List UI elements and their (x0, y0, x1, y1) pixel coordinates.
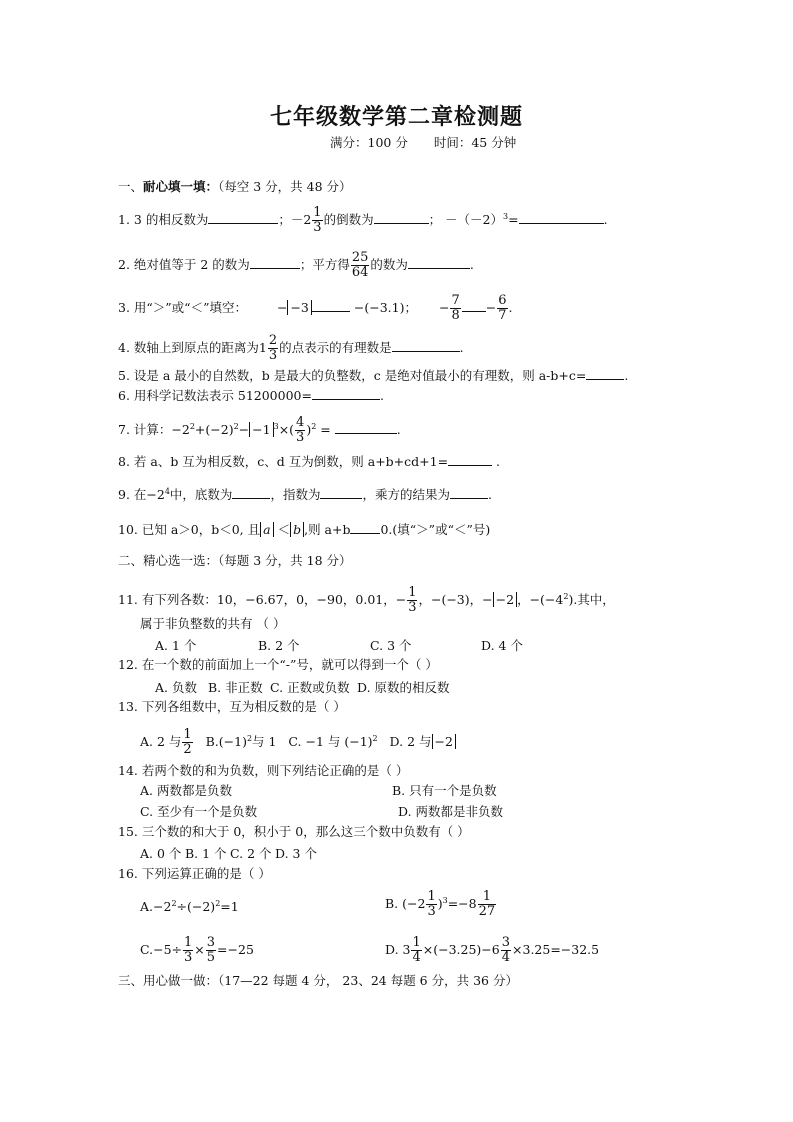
full-score: 满分：100 分 (330, 135, 408, 150)
option[interactable]: D. 原数的相反数 (357, 679, 450, 697)
option[interactable]: C. 至少有一个是负数 (140, 803, 257, 821)
option[interactable]: A.−22÷(−2)2=1 (140, 895, 239, 916)
option[interactable]: D. 2 与−2 (390, 734, 456, 749)
question-16: 16. 下列运算正确的是（ ） (118, 865, 271, 883)
question-13-options: A. 2 与12 B.(−1)2与 1 C. −1 与 (−1)2 D. 2 与… (140, 728, 456, 757)
option[interactable]: D. 314×(−3.25)−634×3.25=−32.5 (385, 936, 599, 965)
answer-blank[interactable] (586, 366, 624, 380)
answer-blank[interactable] (462, 298, 486, 312)
question-5: 5. 设是 a 最小的自然数，b 是最大的负整数，c 是绝对值最小的有理数，则 … (118, 366, 628, 385)
question-13: 13. 下列各组数中，互为相反数的是（ ） (118, 698, 346, 716)
answer-blank[interactable] (448, 452, 492, 466)
question-12: 12. 在一个数的前面加上一个“-”号，就可以得到一个（ ） (118, 656, 438, 674)
option[interactable]: C. −1 与 (−1)2 (288, 734, 377, 749)
answer-blank[interactable] (250, 255, 300, 269)
question-9: 9. 在−24中，底数为，指数为，乘方的结果为. (118, 483, 492, 504)
option[interactable]: B. 只有一个是负数 (392, 782, 497, 800)
question-15: 15. 三个数的和大于 0，积小于 0，那么这三个数中负数有（ ） (118, 823, 470, 841)
option[interactable]: C. 2 个 (230, 845, 272, 863)
option[interactable]: A. 0 个 (140, 845, 181, 863)
section-1-header: 一、耐心填一填：（每空 3 分，共 48 分） (118, 178, 352, 196)
section-2-header: 二、精心选一选：（每题 3 分，共 18 分） (118, 552, 352, 570)
answer-blank[interactable] (350, 520, 380, 534)
option[interactable]: D. 4 个 (481, 637, 523, 655)
question-6: 6. 用科学记数法表示 51200000=. (118, 386, 384, 405)
answer-blank[interactable] (408, 255, 470, 269)
option[interactable]: A. 负数 (155, 679, 197, 697)
option[interactable]: A. 两数都是负数 (140, 782, 232, 800)
question-4: 4. 数轴上到原点的距离为123的点表示的有理数是. (118, 334, 464, 363)
exam-info: 满分：100 分 时间：45 分钟 (330, 133, 538, 151)
section-3-header: 三、用心做一做：（17—22 每题 4 分， 23、24 每题 6 分，共 36… (118, 972, 518, 990)
option[interactable]: D. 3 个 (275, 845, 317, 863)
option[interactable]: C. 3 个 (370, 637, 412, 655)
question-10: 10. 已知 a＞0，b＜0, 且a ＜b,则 a+b0.(填“＞”或“＜”号) (118, 520, 490, 539)
answer-blank[interactable] (232, 485, 270, 499)
answer-blank[interactable] (374, 210, 429, 224)
option[interactable]: C.−5÷13×35=−25 (140, 936, 254, 965)
question-7: 7. 计算：−22+(−2)2−−13×(43)2 = . (118, 416, 401, 445)
question-1: 1. 3 的相反数为；－213的倒数为； －（－2）3=. (118, 206, 608, 235)
question-2: 2. 绝对值等于 2 的数为；平方得2564的数为. (118, 251, 474, 280)
answer-blank[interactable] (312, 386, 380, 400)
answer-blank[interactable] (320, 485, 362, 499)
answer-blank[interactable] (392, 338, 460, 352)
option[interactable]: B. 1 个 (185, 845, 227, 863)
option[interactable]: C. 正数或负数 (270, 679, 350, 697)
option[interactable]: B.(−1)2与 1 (206, 734, 277, 749)
time-limit: 时间：45 分钟 (434, 135, 516, 150)
question-8: 8. 若 a、b 互为相反数，c、d 互为倒数，则 a+b+cd+1= . (118, 452, 500, 471)
answer-blank[interactable] (519, 210, 604, 224)
question-3: 3. 用“＞”或“＜”填空：−−3 −(−3.1)；−78−67. (118, 294, 512, 323)
option[interactable]: A. 2 与12 (140, 734, 194, 749)
answer-blank[interactable] (450, 485, 488, 499)
option[interactable]: A. 1 个 (155, 637, 196, 655)
option[interactable]: B. 2 个 (258, 637, 300, 655)
option[interactable]: B. 非正数 (208, 679, 263, 697)
answer-blank[interactable] (335, 420, 397, 434)
option[interactable]: B. (−213)3=−8127 (385, 890, 497, 919)
question-14: 14. 若两个数的和为负数，则下列结论正确的是（ ） (118, 762, 408, 780)
answer-blank[interactable] (208, 210, 278, 224)
answer-blank[interactable] (312, 298, 350, 312)
page-title: 七年级数学第二章检测题 (0, 100, 793, 131)
question-11-line2: 属于非负整数的共有 （ ） (140, 615, 285, 633)
worksheet-page: 七年级数学第二章检测题 满分：100 分 时间：45 分钟 一、耐心填一填：（每… (0, 0, 793, 1122)
question-11: 11. 有下列各数：10，−6.67，0，−90，0.01，−13，−(−3)，… (118, 586, 615, 615)
option[interactable]: D. 两数都是非负数 (398, 803, 503, 821)
